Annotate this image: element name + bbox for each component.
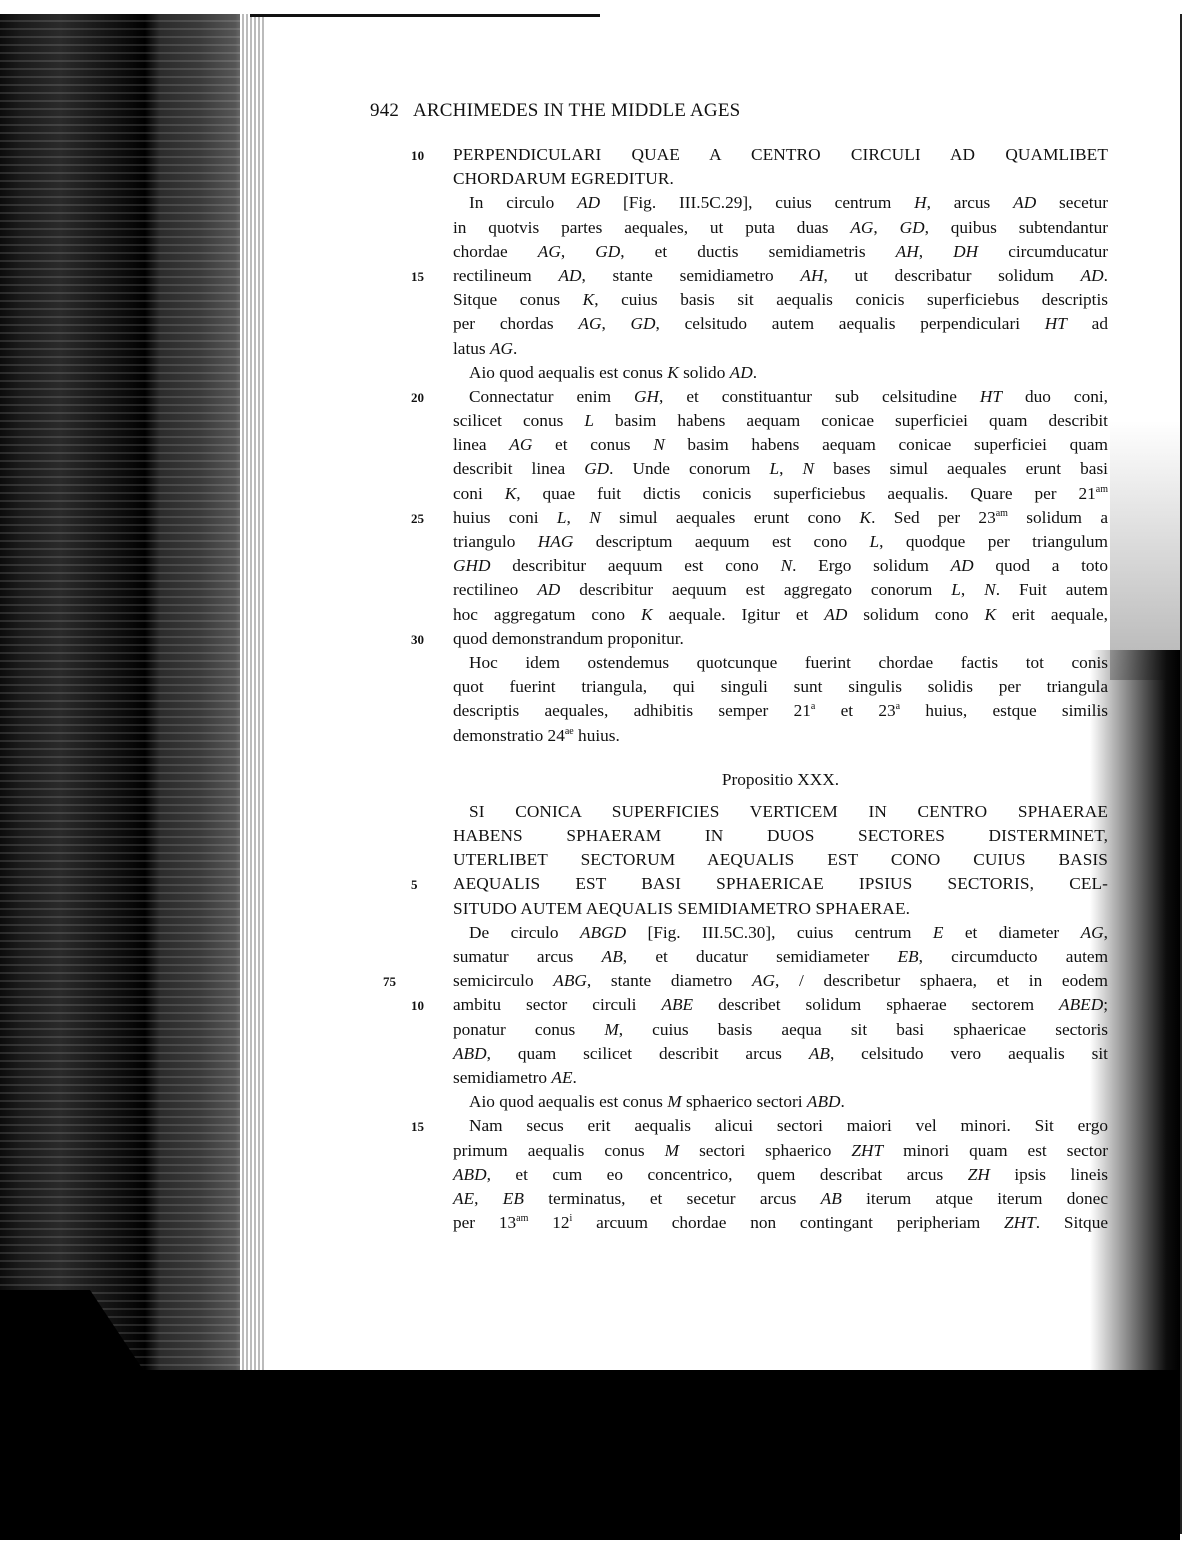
claim-line: Aio quod aequalis est conus K solido AD. (453, 361, 1108, 385)
line-number: 15 (411, 265, 441, 289)
paragraph-line: In circulo AD [Fig. III.5C.29], cuius ce… (453, 191, 1108, 215)
enunciation-line: SI CONICA SUPERFICIES VERTICEM IN CENTRO… (453, 800, 1108, 824)
paragraph-line: Sitque conus K, cuius basis sit aequalis… (453, 288, 1108, 312)
paragraph-line: chordae AG, GD, et ductis semidiametris … (453, 240, 1108, 264)
main-text: PERPENDICULARI QUAE A CENTRO CIRCULI AD … (453, 143, 1108, 1235)
paragraph-line: coni K, quae fuit dictis conicis superfi… (453, 482, 1108, 506)
paragraph-line: rectilineum AD, stante semidiametro AH, … (453, 264, 1108, 288)
paragraph-line: linea AG et conus N basim habens aequam … (453, 433, 1108, 457)
enunciation-line: AEQUALIS EST BASI SPHAERICAE IPSIUS SECT… (453, 872, 1108, 896)
running-title: ARCHIMEDES IN THE MIDDLE AGES (413, 100, 740, 121)
book-page-edges (240, 14, 265, 1384)
scan-border-right (1180, 14, 1182, 1534)
enunciation-line: SITUDO AUTEM AEQUALIS SEMIDIAMETRO SPHAE… (453, 897, 1108, 921)
paragraph-line: in quotvis partes aequales, ut puta duas… (453, 216, 1108, 240)
page-number: 942 (370, 100, 399, 121)
paragraph-line: quot fuerint triangula, qui singuli sunt… (453, 675, 1108, 699)
paragraph-line: Hoc idem ostendemus quotcunque fuerint c… (453, 651, 1108, 675)
line-number: 10 (411, 994, 441, 1018)
paragraph-line: ABD, et cum eo concentrico, quem describ… (453, 1163, 1108, 1187)
scanner-background-bottom (0, 1370, 1180, 1540)
paragraph-line: demonstratio 24ae huius. (453, 724, 1108, 748)
claim-line: Aio quod aequalis est conus M sphaerico … (453, 1090, 1108, 1114)
line-number: 20 (411, 386, 441, 410)
proposition-title: Propositio XXX. (453, 768, 1108, 792)
paragraph-line: rectilineo AD describitur aequum est agg… (453, 578, 1108, 602)
paragraph-line: De circulo ABGD [Fig. III.5C.30], cuius … (453, 921, 1108, 945)
paragraph-line: describit linea GD. Unde conorum L, N ba… (453, 457, 1108, 481)
paragraph-line: ABD, quam scilicet describit arcus AB, c… (453, 1042, 1108, 1066)
paragraph-line: scilicet conus L basim habens aequam con… (453, 409, 1108, 433)
paragraph-line: per 13am 12i arcuum chordae non continga… (453, 1211, 1108, 1235)
paragraph-line: Connectatur enim GH, et constituantur su… (453, 385, 1108, 409)
paragraph-line: Nam secus erit aequalis alicui sectori m… (453, 1114, 1108, 1138)
paragraph-line: semidiametro AE. (453, 1066, 1108, 1090)
paragraph-line: primum aequalis conus M sectori sphaeric… (453, 1139, 1108, 1163)
line-number: 15 (411, 1115, 441, 1139)
line-number: 10 (411, 144, 441, 168)
enunciation-line: CHORDARUM EGREDITUR. (453, 167, 1108, 191)
top-shadow-edge (250, 14, 600, 17)
enunciation-line: UTERLIBET SECTORUM AEQUALIS EST CONO CUI… (453, 848, 1108, 872)
line-number: 30 (411, 628, 441, 652)
paragraph-line: ambitu sector circuli ABE describet soli… (453, 993, 1108, 1017)
enunciation-line: HABENS SPHAERAM IN DUOS SECTORES DISTERM… (453, 824, 1108, 848)
enunciation-line: PERPENDICULARI QUAE A CENTRO CIRCULI AD … (453, 143, 1108, 167)
paragraph-line: hoc aggregatum cono K aequale. Igitur et… (453, 603, 1108, 627)
line-number: 5 (411, 873, 441, 897)
paragraph-line: GHD describitur aequum est cono N. Ergo … (453, 554, 1108, 578)
margin-folio-number: 75 (383, 970, 413, 994)
paragraph-line: quod demonstrandum proponitur.30 (453, 627, 1108, 651)
paragraph-line: huius coni L, N simul aequales erunt con… (453, 506, 1108, 530)
book-page: 942 ARCHIMEDES IN THE MIDDLE AGES PERPEN… (270, 18, 1165, 1373)
paragraph-line: per chordas AG, GD, celsitudo autem aequ… (453, 312, 1108, 336)
paragraph-line: AE, EB terminatus, et secetur arcus AB i… (453, 1187, 1108, 1211)
paragraph-line: sumatur arcus AB, et ducatur semidiamete… (453, 945, 1108, 969)
paragraph-line: latus AG. (453, 337, 1108, 361)
running-head: 942 ARCHIMEDES IN THE MIDDLE AGES (370, 100, 740, 122)
line-number: 25 (411, 507, 441, 531)
paragraph-line: descriptis aequales, adhibitis semper 21… (453, 699, 1108, 723)
paragraph-line: triangulo HAG descriptum aequum est cono… (453, 530, 1108, 554)
paragraph-line: ponatur conus M, cuius basis aequa sit b… (453, 1018, 1108, 1042)
paragraph-line: semicirculo ABG, stante diametro AG, / d… (453, 969, 1108, 993)
